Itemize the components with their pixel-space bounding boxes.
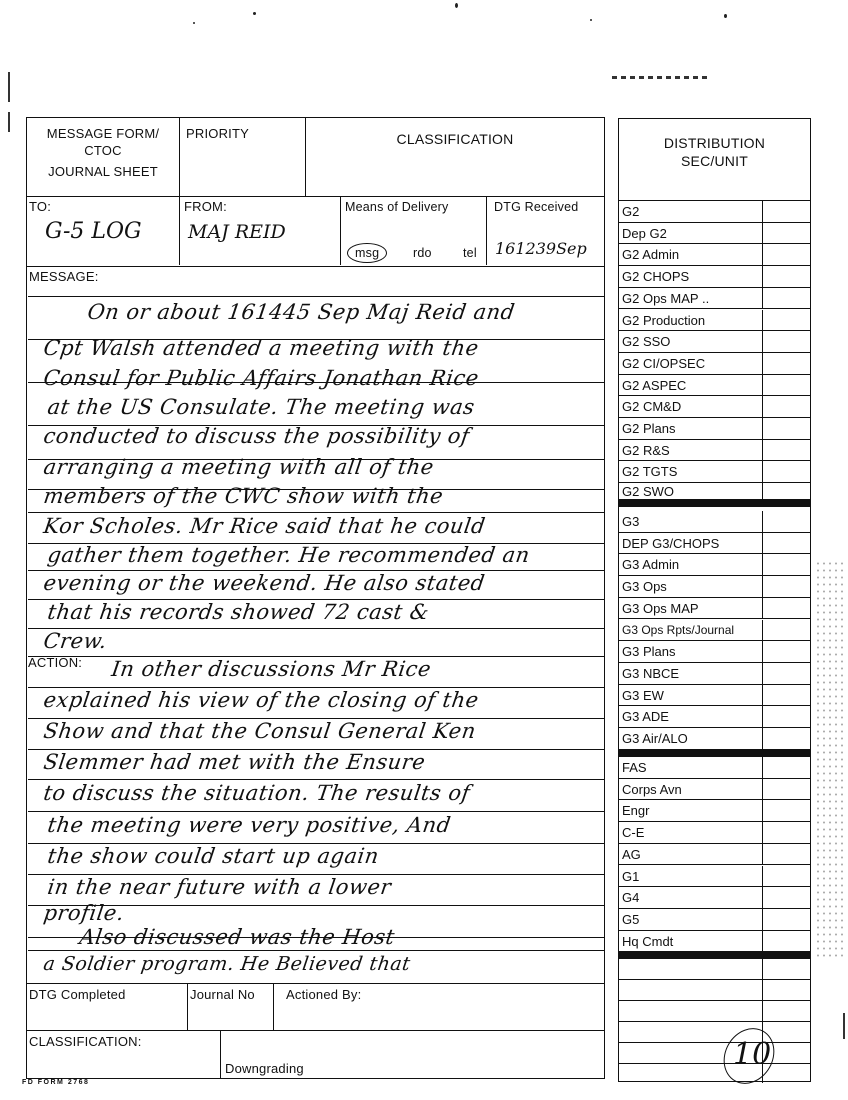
dist-row[interactable]: G2 ASPEC [619, 375, 810, 397]
message-label: MESSAGE: [29, 269, 99, 284]
dist-row[interactable]: Corps Avn [619, 779, 810, 801]
dist-check-box[interactable] [762, 483, 763, 499]
scan-speck [253, 12, 256, 15]
form-title-line1: MESSAGE FORM/ [27, 126, 179, 141]
downgrading-label: Downgrading [225, 1061, 304, 1076]
means-label: Means of Delivery [345, 200, 448, 214]
dist-check-box[interactable] [762, 1001, 763, 1021]
dist-check-box[interactable] [762, 620, 763, 641]
means-option-msg[interactable]: msg [347, 243, 387, 263]
margin-mark [843, 1013, 845, 1039]
dist-row[interactable]: G1 [619, 866, 810, 888]
dist-check-box[interactable] [762, 375, 763, 396]
dist-row[interactable]: G3 ADE [619, 706, 810, 728]
dist-row[interactable]: G2 CM&D [619, 396, 810, 418]
dist-check-box[interactable] [762, 554, 763, 575]
dist-check-box[interactable] [762, 959, 763, 979]
dist-check-box[interactable] [762, 310, 763, 331]
dist-check-box[interactable] [762, 533, 763, 554]
dtg-completed-label: DTG Completed [29, 987, 126, 1002]
dist-check-box[interactable] [762, 418, 763, 439]
scan-speck [590, 19, 592, 21]
form-title-line2: CTOC [27, 143, 179, 158]
dist-check-box[interactable] [762, 461, 763, 482]
dist-check-box[interactable] [762, 980, 763, 1000]
dist-check-box[interactable] [762, 244, 763, 265]
dist-row[interactable]: Dep G2 [619, 223, 810, 245]
dist-row[interactable]: FAS [619, 757, 810, 779]
classification-bottom-field[interactable]: CLASSIFICATION: [27, 1031, 220, 1078]
dist-check-box[interactable] [762, 511, 763, 532]
scan-speck [193, 22, 195, 24]
dtg-received-label: DTG Received [494, 200, 578, 214]
dist-check-box[interactable] [762, 598, 763, 619]
downgrading-field[interactable]: Downgrading [221, 1031, 604, 1078]
dist-row[interactable]: C-E [619, 822, 810, 844]
to-label: TO: [29, 199, 51, 214]
dist-row[interactable]: G2 Admin [619, 244, 810, 266]
dtg-received-field[interactable]: DTG Received 161239Sep [487, 197, 604, 265]
dist-check-box[interactable] [762, 331, 763, 352]
dist-row[interactable]: G2 [619, 201, 810, 223]
dist-row[interactable]: G3 Ops [619, 576, 810, 598]
dist-check-box[interactable] [762, 353, 763, 374]
margin-mark [8, 112, 10, 132]
form-title-line3: JOURNAL SHEET [27, 164, 179, 179]
dist-check-box[interactable] [762, 728, 763, 749]
scan-speck [724, 14, 727, 18]
classification-bottom-label: CLASSIFICATION: [29, 1034, 142, 1049]
dist-check-box[interactable] [762, 800, 763, 821]
dist-row[interactable]: G5 [619, 909, 810, 931]
dist-row[interactable]: G2 SSO [619, 331, 810, 353]
scan-speck [455, 3, 458, 8]
page-number: 10 [733, 1037, 771, 1072]
dist-check-box[interactable] [762, 223, 763, 244]
dist-row[interactable]: G3 Admin [619, 554, 810, 576]
dist-row[interactable]: G2 CI/OPSEC [619, 353, 810, 375]
dist-check-box[interactable] [762, 396, 763, 417]
dist-row[interactable]: G2 Production [619, 310, 810, 332]
actioned-by-label: Actioned By: [286, 987, 361, 1002]
dist-row[interactable]: G2 Ops MAP .. [619, 288, 810, 310]
classification-cell[interactable]: CLASSIFICATION [306, 118, 604, 196]
dist-check-box[interactable] [762, 866, 763, 887]
dist-check-box[interactable] [762, 288, 763, 309]
dist-check-box[interactable] [762, 685, 763, 706]
margin-mark [8, 72, 10, 102]
scan-noise [612, 76, 708, 79]
dtg-received-value: 161239Sep [495, 239, 587, 258]
dist-check-box[interactable] [762, 822, 763, 843]
dist-row[interactable]: G2 Plans [619, 418, 810, 440]
priority-label: PRIORITY [186, 126, 249, 141]
means-option-tel[interactable]: tel [463, 246, 477, 260]
dist-check-box[interactable] [762, 757, 763, 778]
dist-row[interactable]: DEP G3/CHOPS [619, 533, 810, 555]
dist-check-box[interactable] [762, 931, 763, 952]
dist-check-box[interactable] [762, 663, 763, 684]
dist-check-box[interactable] [762, 266, 763, 287]
dist-row[interactable]: G3 [619, 511, 810, 533]
dist-row[interactable]: G3 Plans [619, 641, 810, 663]
means-option-rdo[interactable]: rdo [413, 246, 432, 260]
dist-row[interactable] [619, 959, 810, 980]
from-label: FROM: [184, 199, 227, 214]
scan-noise [815, 560, 845, 960]
means-of-delivery-field: Means of Delivery msg rdo tel [341, 197, 486, 265]
journal-no-field[interactable]: Journal No [188, 984, 273, 1030]
dist-row[interactable]: G3 Air/ALO [619, 728, 810, 750]
divider [27, 266, 604, 267]
dist-check-box[interactable] [762, 887, 763, 908]
dist-row[interactable]: G2 CHOPS [619, 266, 810, 288]
journal-no-label: Journal No [190, 987, 255, 1002]
dist-check-box[interactable] [762, 641, 763, 662]
dist-row[interactable]: G3 EW [619, 685, 810, 707]
distribution-title: DISTRIBUTION [619, 135, 810, 151]
priority-cell[interactable]: PRIORITY [180, 118, 305, 196]
dist-check-box[interactable] [762, 844, 763, 865]
dist-row[interactable]: G2 TGTS [619, 461, 810, 483]
to-field[interactable]: TO: G-5 LOG [27, 197, 179, 265]
dist-row[interactable]: Hq Cmdt [619, 931, 810, 953]
dist-check-box[interactable] [762, 201, 763, 222]
dist-row[interactable]: G3 Ops Rpts/Journal [619, 620, 810, 642]
from-value: MAJ REID [188, 221, 286, 243]
dist-row[interactable]: G2 R&S [619, 440, 810, 462]
actioned-by-field[interactable]: Actioned By: [274, 984, 604, 1030]
form-title-cell: MESSAGE FORM/ CTOC JOURNAL SHEET [27, 118, 179, 196]
dist-row[interactable]: AG [619, 844, 810, 866]
message-form: MESSAGE FORM/ CTOC JOURNAL SHEET PRIORIT… [26, 117, 605, 1079]
form-number: FD FORM 2768 [22, 1079, 89, 1086]
classification-label: CLASSIFICATION [306, 131, 604, 147]
group-separator [619, 500, 810, 507]
dist-check-box[interactable] [762, 909, 763, 930]
to-value: G-5 LOG [45, 219, 142, 244]
dist-row[interactable] [619, 1064, 810, 1083]
from-field[interactable]: FROM: MAJ REID [180, 197, 340, 265]
distribution-panel: DISTRIBUTION SEC/UNIT G2 Dep G2 G2 Admin… [618, 118, 811, 1082]
distribution-subtitle: SEC/UNIT [619, 153, 810, 169]
dtg-completed-field[interactable]: DTG Completed [27, 984, 187, 1030]
distribution-header: DISTRIBUTION SEC/UNIT [619, 119, 810, 201]
dist-check-box[interactable] [762, 440, 763, 461]
dist-row[interactable] [619, 1001, 810, 1022]
dist-row[interactable]: Engr [619, 800, 810, 822]
dist-row[interactable] [619, 1043, 810, 1064]
dist-check-box[interactable] [762, 779, 763, 800]
dist-row[interactable]: G3 NBCE [619, 663, 810, 685]
group-separator [619, 750, 810, 757]
dist-row[interactable]: G4 [619, 887, 810, 909]
dist-check-box[interactable] [762, 706, 763, 727]
dist-check-box[interactable] [762, 576, 763, 597]
dist-row[interactable] [619, 1022, 810, 1043]
dist-row[interactable]: G3 Ops MAP [619, 598, 810, 620]
dist-row[interactable] [619, 980, 810, 1001]
dist-row[interactable]: G2 SWO [619, 483, 810, 500]
